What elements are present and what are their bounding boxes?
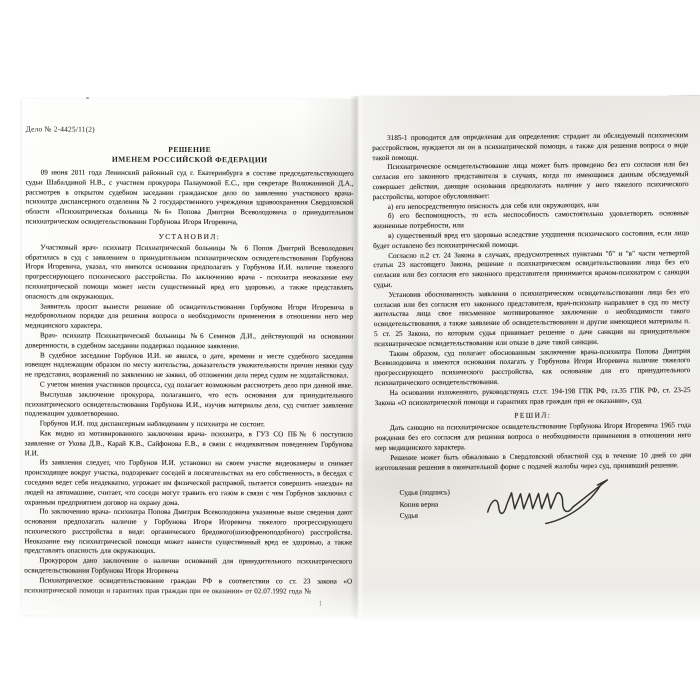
case-number: Дело № 2-4425/11(2) [26,124,354,134]
paragraph: Психиатрическое освидетельствование лица… [372,161,688,203]
paragraph: Участковый врач- психиатр Психиатрическо… [25,243,353,303]
paragraph: Врач- психиатр Психиатрической больницы … [25,331,353,352]
document-page-1: Дело № 2-4425/11(2) РЕШЕНИЕ ИМЕНЕМ РОССИ… [22,99,362,615]
decision-title: РЕШЕНИЕ ИМЕНЕМ РОССИЙСКОЙ ФЕДЕРАЦИИ [26,144,354,165]
established-paragraphs: Участковый врач- психиатр Психиатрическо… [24,243,353,597]
intro-paragraph: 09 июня 2011 года Ленинский районный суд… [25,168,353,228]
paragraph: 3185-1 проводится для определения для оп… [372,131,688,163]
paragraph: В судебное заседание Горбунов И.И. не яв… [25,351,353,382]
signature-block: Судья (подпись) Копия верна Судья [399,484,691,521]
paragraph: Прокурором дано заключение о наличии осн… [24,557,352,578]
judge-signature-handwriting [479,469,630,534]
paragraph: Выслушав заключение прокурора, полагавше… [25,390,353,421]
paragraph: Из заявления следует, что Горбунов И.И. … [24,459,352,509]
paragraph: Дать санкцию на психиатрическое освидете… [375,421,691,453]
paragraph: Таким образом, суд полагает обоснованным… [374,347,690,389]
paragraph: Согласно п.2 ст. 24 Закона в случаях, пр… [373,249,689,291]
page-number: 1 [24,599,352,608]
paragraph: Установив обоснованность заявления о пси… [374,288,691,350]
scanned-court-decision-photo: Дело № 2-4425/11(2) РЕШЕНИЕ ИМЕНЕМ РОССИ… [0,0,700,700]
statute-paragraphs: 3185-1 проводится для определения для оп… [372,131,691,408]
document-page-2: 3185-1 проводится для определения для оп… [358,96,700,618]
decision-title-line: ИМЕНЕМ РОССИЙСКОЙ ФЕДЕРАЦИИ [26,154,354,165]
paragraph: На основании изложенного, руководствуясь… [375,386,691,409]
paragraph: Заявитель просит вынести решение об осви… [25,302,353,333]
ruling-paragraphs: Дать санкцию на психиатрическое освидете… [375,421,691,473]
paragraph: По заключению врача- психиатра Попова Дм… [24,508,352,558]
paragraph: Психиатрическое освидетельствование граж… [24,576,352,597]
established-heading: УСТАНОВИЛ: [25,231,353,241]
ruling-heading: РЕШИЛ: [375,409,691,421]
paragraph: Как видно из мотивированного заключения … [25,429,353,460]
